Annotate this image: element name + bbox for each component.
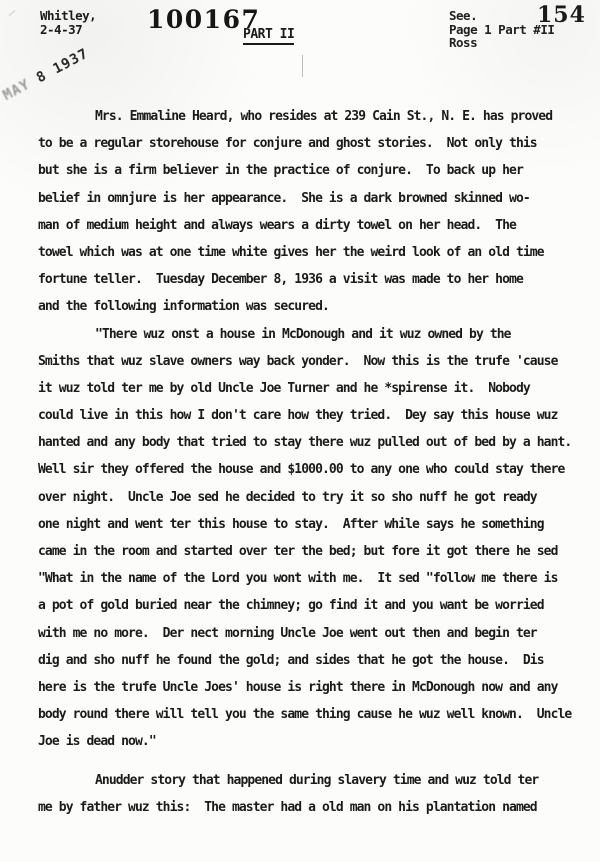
- header-date: 2-4-37: [40, 23, 96, 37]
- document-line: man of medium height and always wears a …: [38, 212, 583, 239]
- document-line: Joe is dead now.": [38, 728, 583, 755]
- document-line: here is the trufe Uncle Joes' house is r…: [38, 674, 583, 701]
- page-number: 154: [537, 2, 586, 28]
- document-line: came in the room and started over ter th…: [38, 538, 583, 565]
- document-line: it wuz told ter me by old Uncle Joe Turn…: [38, 375, 583, 402]
- document-line: but she is a firm believer in the practi…: [38, 157, 583, 184]
- document-line: me by father wuz this: The master had a …: [38, 794, 583, 821]
- document-line: could live in this how I don't care how …: [38, 402, 583, 429]
- document-body: Mrs. Emmaline Heard, who resides at 239 …: [38, 103, 583, 821]
- date-stamp-month: MAY: [0, 77, 32, 104]
- fold-mark: [302, 55, 303, 77]
- date-stamp-day-year: 8 1937: [34, 46, 91, 87]
- received-date-stamp: MAY 8 1937: [0, 46, 91, 104]
- document-line: a pot of gold buried near the chimney; g…: [38, 592, 583, 619]
- document-line: body round there will tell you the same …: [38, 701, 583, 728]
- document-line: "What in the name of the Lord you wont w…: [38, 565, 583, 592]
- document-line: belief in omnjure is her appearance. She…: [38, 185, 583, 212]
- part-title: PART II: [243, 27, 294, 45]
- document-line: Mrs. Emmaline Heard, who resides at 239 …: [38, 103, 583, 130]
- document-page: Whitley, 2-4-37 100167 PART II See. Page…: [0, 0, 600, 862]
- document-line: Smiths that wuz slave owners way back yo…: [38, 348, 583, 375]
- see-name: Ross: [449, 36, 554, 50]
- document-line: dig and sho nuff he found the gold; and …: [38, 647, 583, 674]
- document-line: one night and went ter this house to sta…: [38, 511, 583, 538]
- document-line: fortune teller. Tuesday December 8, 1936…: [38, 266, 583, 293]
- author-name: Whitley,: [40, 9, 96, 23]
- header-author-block: Whitley, 2-4-37: [40, 9, 96, 37]
- document-line: Anudder story that happened during slave…: [38, 767, 583, 794]
- document-line: Well sir they offered the house and $100…: [38, 456, 583, 483]
- document-line: and the following information was secure…: [38, 293, 583, 320]
- scan-speck: [9, 10, 20, 21]
- document-line: towel which was at one time white gives …: [38, 239, 583, 266]
- document-line: hanted and any body that tried to stay t…: [38, 429, 583, 456]
- document-line: "There wuz onst a house in McDonough and…: [38, 321, 583, 348]
- document-line: with me no more. Der nect morning Uncle …: [38, 620, 583, 647]
- document-line: to be a regular storehouse for conjure a…: [38, 130, 583, 157]
- document-line: over night. Uncle Joe sed he decided to …: [38, 484, 583, 511]
